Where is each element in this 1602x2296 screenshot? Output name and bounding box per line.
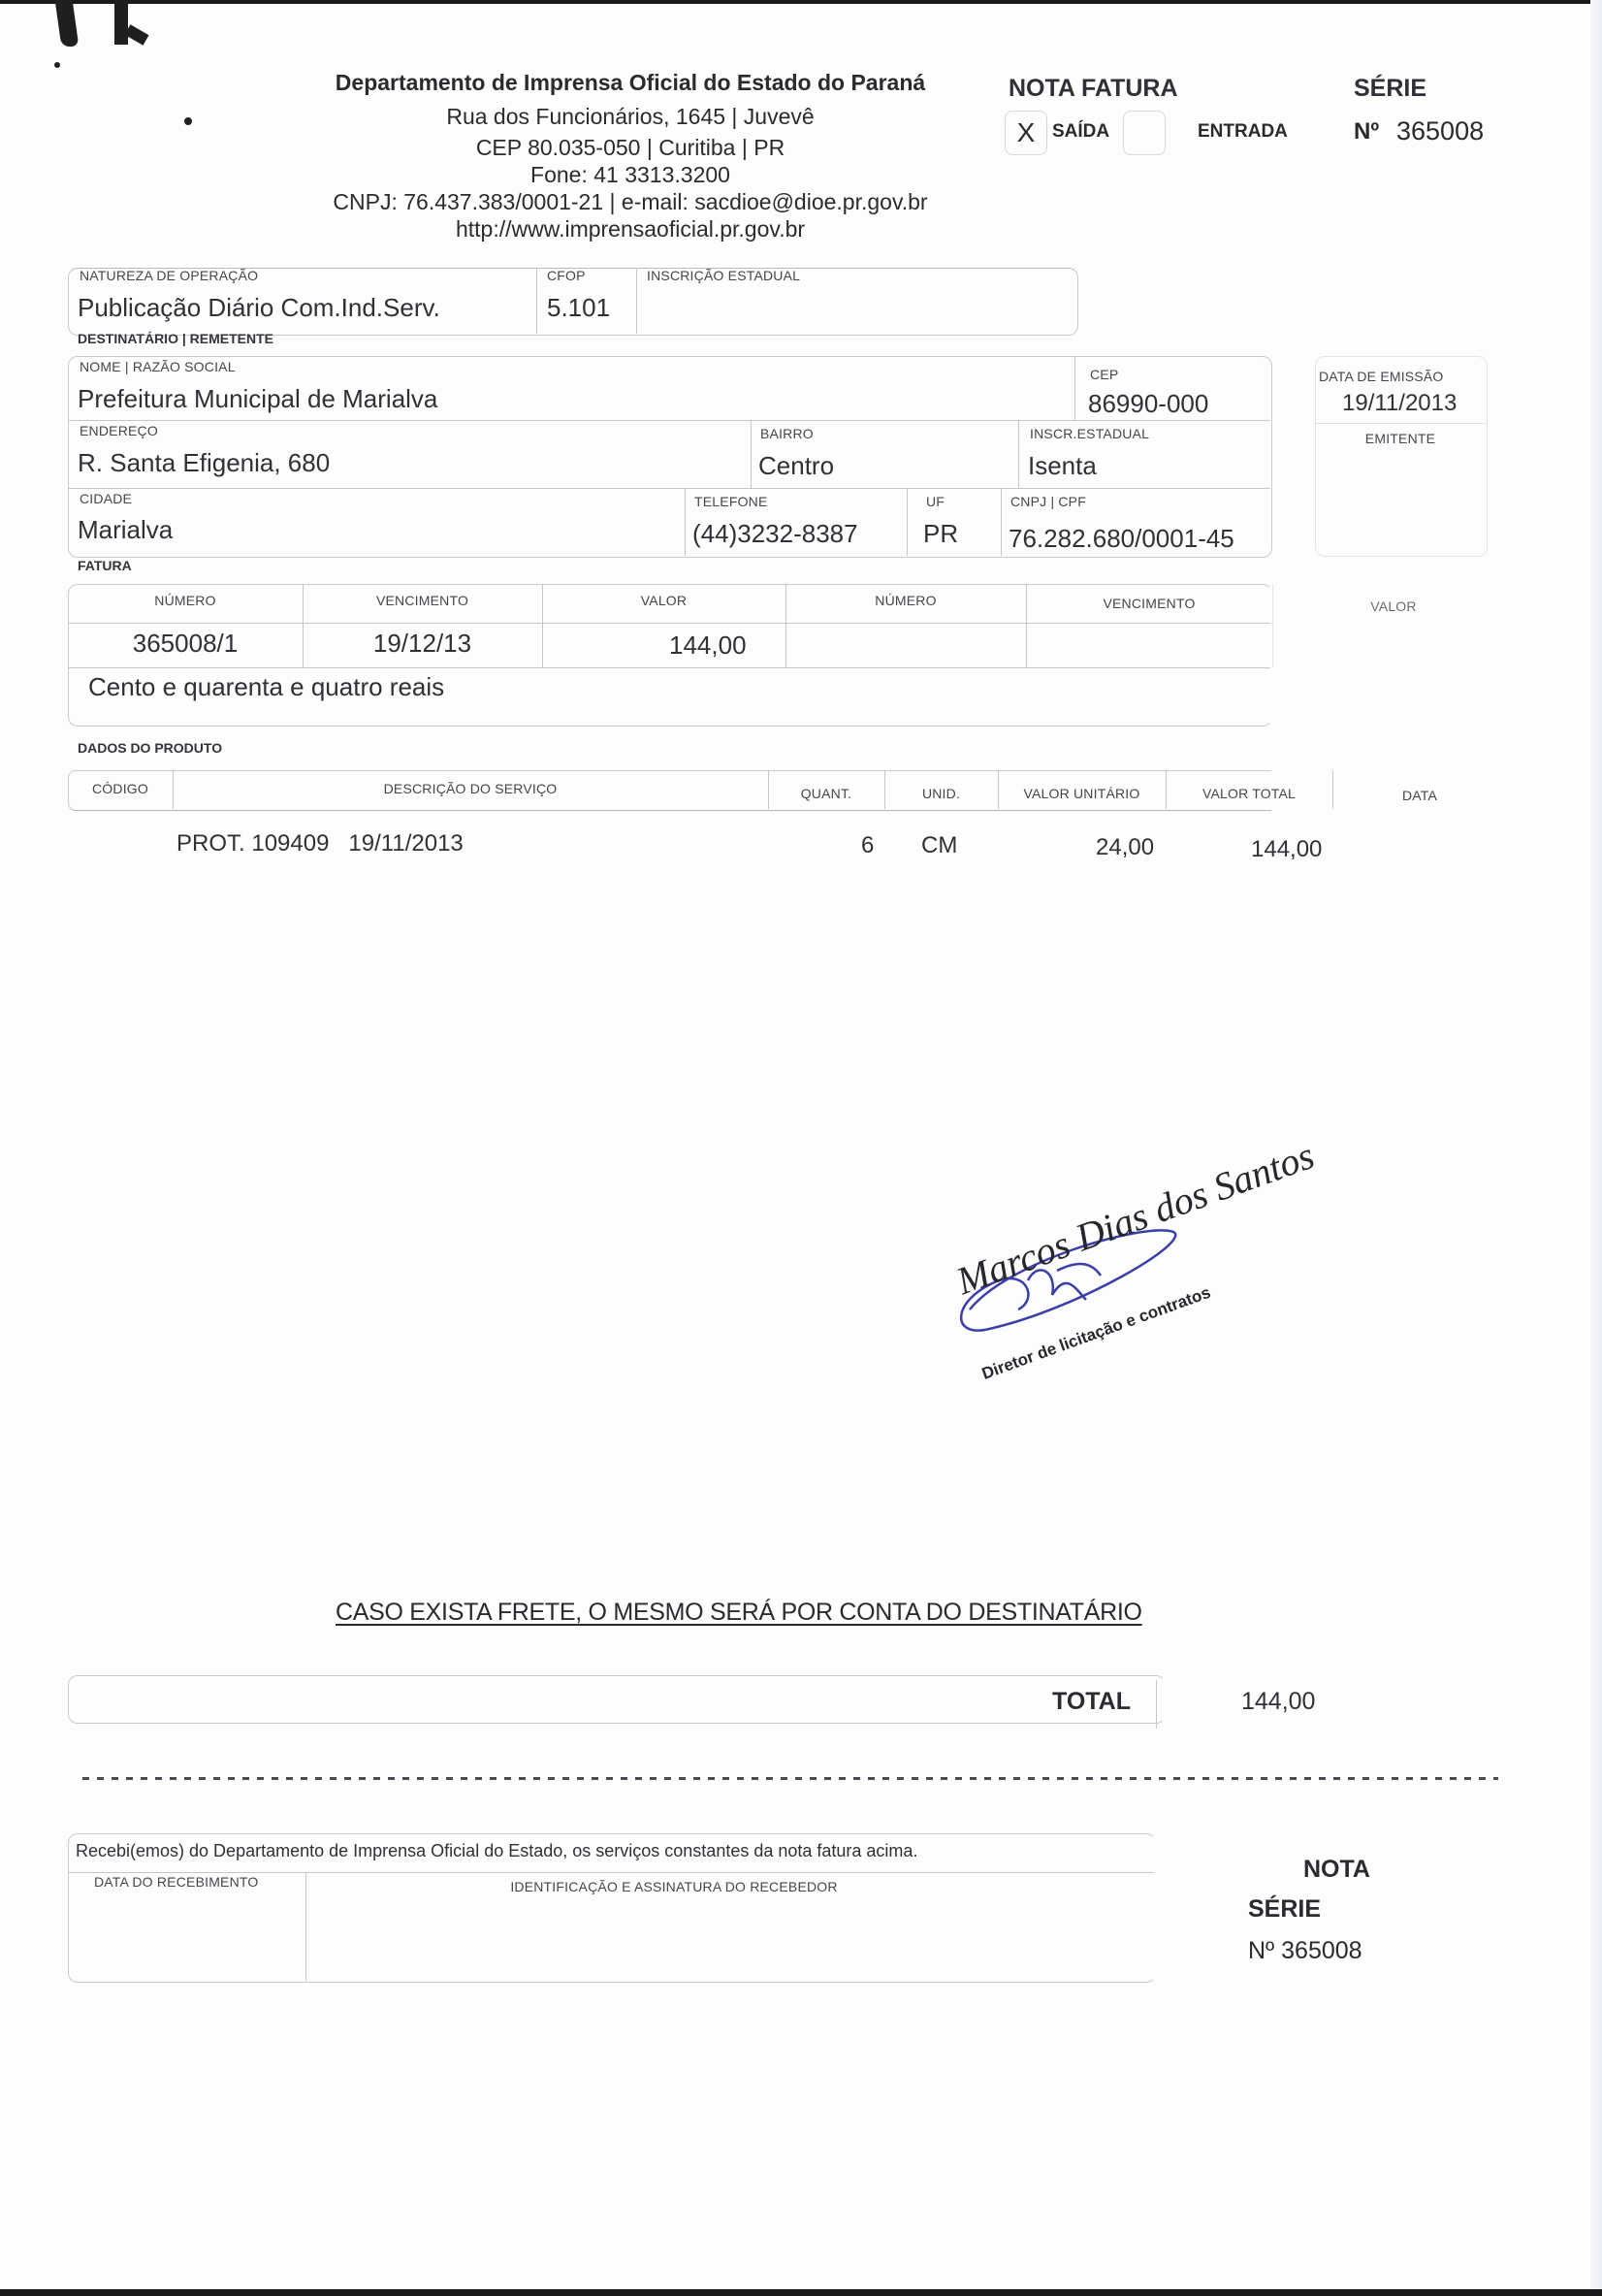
col-valor-total: VALOR TOTAL <box>1166 786 1332 801</box>
receipt-date-label: DATA DO RECEBIMENTO <box>94 1874 259 1890</box>
col-data: DATA <box>1332 788 1507 803</box>
invoice-vencimento: 19/12/13 <box>303 629 542 659</box>
col-valor: VALOR <box>542 593 785 608</box>
bairro-value: Centro <box>758 451 834 481</box>
col-descricao: DESCRIÇÃO DO SERVIÇO <box>173 781 768 796</box>
product-descricao: PROT. 109409 19/11/2013 <box>176 830 464 857</box>
number-label: Nº <box>1354 118 1379 146</box>
issuer-address: Rua dos Funcionários, 1645 | Juvevê <box>291 105 970 129</box>
inscricao-label: INSCRIÇÃO ESTADUAL <box>647 268 800 283</box>
products-section-title: DADOS DO PRODUTO <box>78 740 222 756</box>
cidade-label: CIDADE <box>80 491 132 506</box>
inscr-estadual-value: Isenta <box>1028 451 1097 481</box>
product-valor-unitario: 24,00 <box>1096 834 1154 861</box>
divider <box>68 667 1270 668</box>
emission-date-label: DATA DE EMISSÃO <box>1319 369 1444 384</box>
product-unid: CM <box>921 832 957 859</box>
product-valor-total: 144,00 <box>1251 836 1322 863</box>
col-vencimento-2: VENCIMENTO <box>1026 596 1272 611</box>
divider <box>907 488 908 556</box>
receipt-nota-label: NOTA <box>1303 1856 1370 1884</box>
uf-label: UF <box>926 494 945 509</box>
saida-mark: X <box>1006 112 1046 154</box>
cep-label: CEP <box>1090 367 1118 382</box>
issuer-website: http://www.imprensaoficial.pr.gov.br <box>291 217 970 242</box>
divider <box>68 1872 1154 1873</box>
bairro-label: BAIRRO <box>760 426 814 441</box>
col-numero-2: NÚMERO <box>785 593 1026 608</box>
receipt-number: Nº 365008 <box>1248 1937 1362 1965</box>
receipt-signature-label: IDENTIFICAÇÃO E ASSINATURA DO RECEBEDOR <box>305 1879 1042 1894</box>
punch-mark <box>55 0 80 47</box>
col-valor-2: VALOR <box>1272 598 1515 614</box>
inscr-estadual-label: INSCR.ESTADUAL <box>1030 426 1149 441</box>
total-value: 144,00 <box>1241 1688 1315 1716</box>
total-label: TOTAL <box>1052 1688 1131 1716</box>
divider <box>636 268 637 334</box>
col-quant: QUANT. <box>768 786 884 801</box>
divider <box>751 420 752 488</box>
divider <box>536 268 537 334</box>
saida-label: SAÍDA <box>1052 121 1109 143</box>
total-box <box>68 1675 1166 1724</box>
cep-value: 86990-000 <box>1088 389 1208 419</box>
emission-date-value: 19/11/2013 <box>1342 390 1457 417</box>
punch-mark <box>124 24 148 45</box>
scan-edge-bottom <box>0 2289 1602 2296</box>
uf-value: PR <box>923 519 958 549</box>
endereco-label: ENDEREÇO <box>80 423 158 438</box>
document-number: 365008 <box>1396 116 1484 146</box>
endereco-value: R. Santa Efigenia, 680 <box>78 448 330 478</box>
col-unid: UNID. <box>884 786 998 801</box>
issuer-cnpj-email: CNPJ: 76.437.383/0001-21 | e-mail: sacdi… <box>291 190 970 214</box>
natureza-value: Publicação Diário Com.Ind.Serv. <box>78 293 440 323</box>
issuer-name: Departamento de Imprensa Oficial do Esta… <box>291 71 970 95</box>
divider <box>68 420 1270 421</box>
nome-value: Prefeitura Municipal de Marialva <box>78 384 437 414</box>
emitente-label: EMITENTE <box>1315 431 1486 446</box>
entrada-label: ENTRADA <box>1198 121 1288 143</box>
invoice-section-title: FATURA <box>78 558 132 573</box>
recipient-section-title: DESTINATÁRIO | REMETENTE <box>78 331 273 346</box>
issuer-phone: Fone: 41 3313.3200 <box>291 163 970 187</box>
scan-edge-right <box>1590 0 1602 2296</box>
serie-label: SÉRIE <box>1354 75 1426 103</box>
divider <box>1156 1680 1157 1729</box>
divider <box>68 488 1270 489</box>
receipt-date-input[interactable] <box>69 1893 304 1979</box>
col-vencimento: VENCIMENTO <box>303 593 542 608</box>
emission-box <box>1315 356 1488 557</box>
divider <box>1018 420 1019 488</box>
telefone-label: TELEFONE <box>694 494 768 509</box>
cidade-value: Marialva <box>78 515 173 545</box>
scan-edge-top <box>0 0 1602 4</box>
cfop-value: 5.101 <box>547 293 610 323</box>
divider <box>685 488 686 556</box>
invoice-valor: 144,00 <box>669 631 747 661</box>
telefone-value: (44)3232-8387 <box>692 519 858 549</box>
ink-dot <box>184 117 192 125</box>
issuer-cep-city: CEP 80.035-050 | Curitiba | PR <box>291 136 970 160</box>
divider <box>1272 584 1273 667</box>
divider <box>68 623 1270 624</box>
receipt-statement: Recebi(emos) do Departamento de Imprensa… <box>76 1841 917 1861</box>
receipt-serie-label: SÉRIE <box>1248 1895 1321 1924</box>
amount-in-words: Cento e quarenta e quatro reais <box>88 672 444 702</box>
punch-mark <box>114 0 128 45</box>
col-numero: NÚMERO <box>68 593 303 608</box>
doc-title: NOTA FATURA <box>1009 75 1178 103</box>
col-valor-unitario: VALOR UNITÁRIO <box>998 786 1166 801</box>
signature-stamp: Marcos Dias dos Santos Diretor de licita… <box>931 1203 1299 1397</box>
tear-line <box>82 1777 1498 1780</box>
divider <box>1074 356 1075 420</box>
cnpj-label: CNPJ | CPF <box>1010 494 1086 509</box>
invoice-numero: 365008/1 <box>68 629 303 659</box>
nome-label: NOME | RAZÃO SOCIAL <box>80 359 236 374</box>
natureza-label: NATUREZA DE OPERAÇÃO <box>80 268 258 283</box>
ink-dot <box>54 62 60 68</box>
divider <box>1315 423 1486 424</box>
saida-checkbox[interactable]: X <box>1005 111 1047 155</box>
product-quant: 6 <box>861 832 874 859</box>
col-codigo: CÓDIGO <box>68 781 173 796</box>
entrada-checkbox[interactable] <box>1123 111 1166 155</box>
divider <box>1001 488 1002 556</box>
cnpj-value: 76.282.680/0001-45 <box>1009 524 1234 554</box>
freight-notice: CASO EXISTA FRETE, O MESMO SERÁ POR CONT… <box>336 1599 1142 1627</box>
cfop-label: CFOP <box>547 268 586 283</box>
